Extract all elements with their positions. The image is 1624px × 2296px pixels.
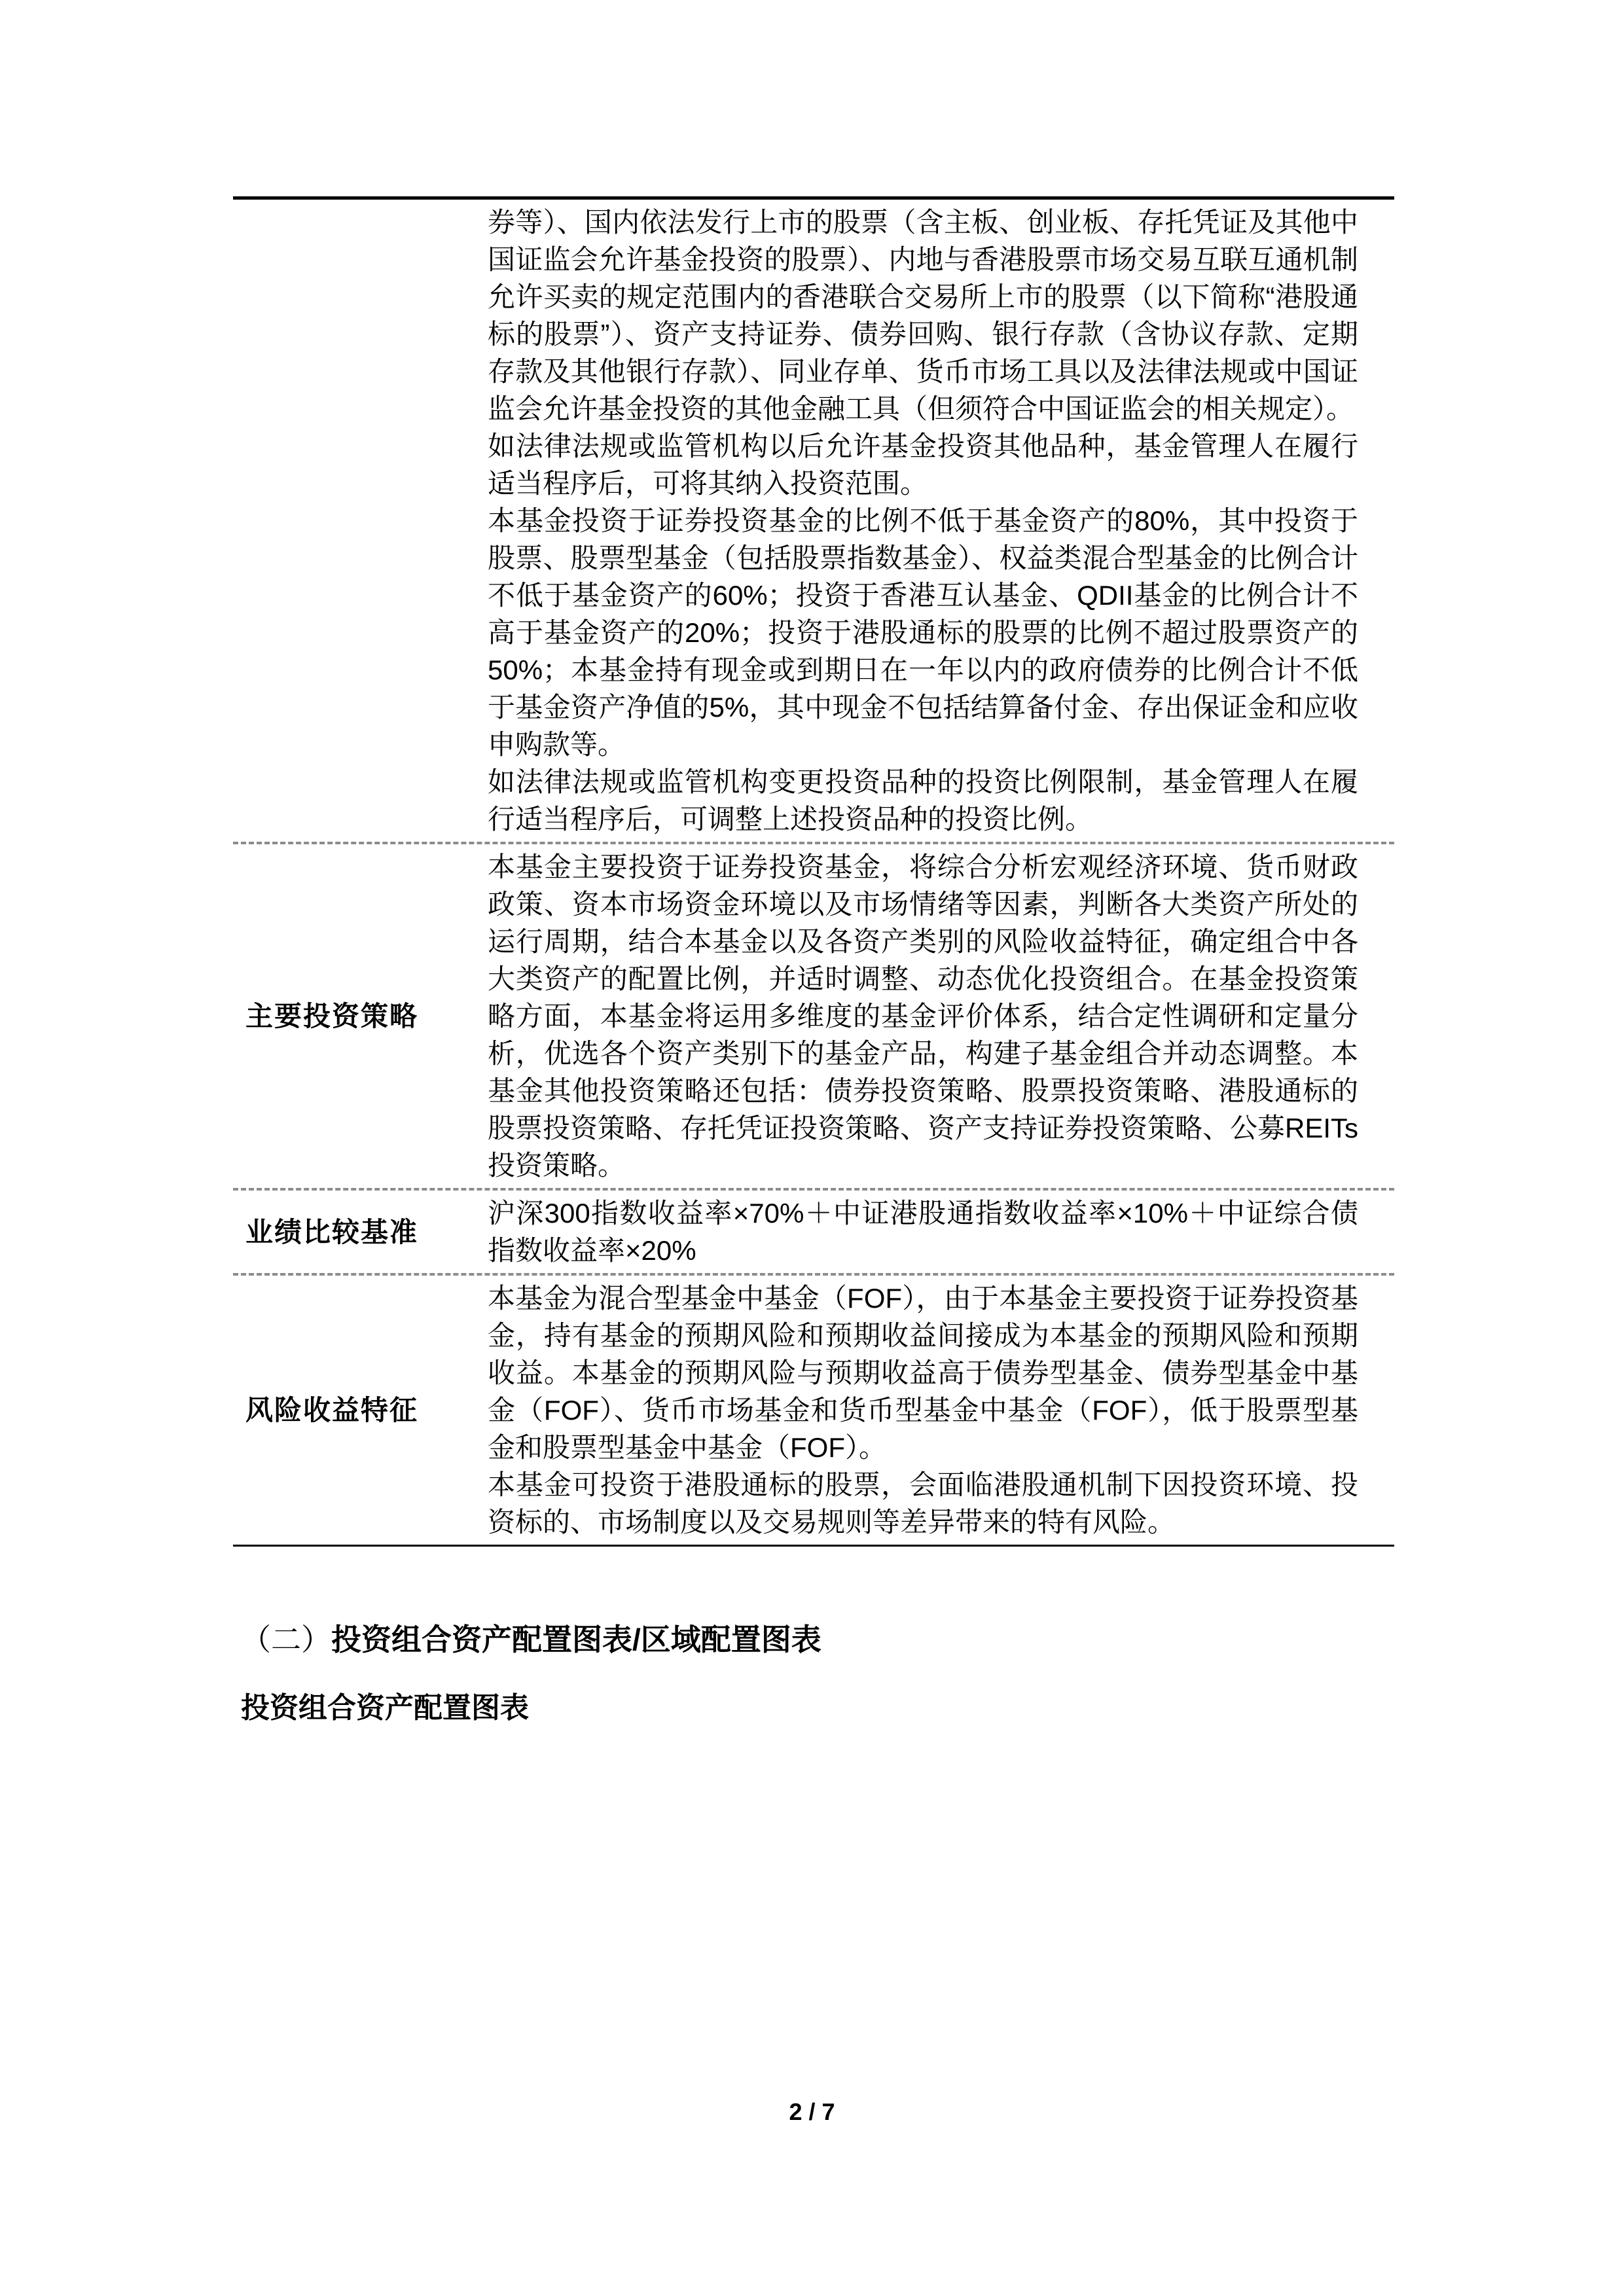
paragraph: 如法律法规或监管机构变更投资品种的投资比例限制，基金管理人在履行适当程序后，可调… <box>488 763 1358 838</box>
section-number: （二） <box>241 1623 331 1657</box>
fund-info-table: 券等）、国内依法发行上市的股票（含主板、创业板、存托凭证及其他中国证监会允许基金… <box>233 196 1394 1547</box>
paragraph: 本基金投资于证券投资基金的比例不低于基金资产的80%，其中投资于股票、股票型基金… <box>488 502 1358 763</box>
paragraph: 本基金为混合型基金中基金（FOF），由于本基金主要投资于证券投资基金，持有基金的… <box>488 1280 1358 1466</box>
row-content: 本基金主要投资于证券投资基金，将综合分析宏观经济环境、货币财政政策、资本市场资金… <box>478 848 1394 1184</box>
row-content: 本基金为混合型基金中基金（FOF），由于本基金主要投资于证券投资基金，持有基金的… <box>478 1280 1394 1541</box>
table-row-benchmark: 业绩比较基准 沪深300指数收益率×70%＋中证港股通指数收益率×10%＋中证综… <box>233 1191 1394 1276</box>
row-label: 主要投资策略 <box>233 848 478 1184</box>
row-label <box>233 204 478 838</box>
table-row-investment-scope: 券等）、国内依法发行上市的股票（含主板、创业板、存托凭证及其他中国证监会允许基金… <box>233 200 1394 844</box>
section-heading: （二）投资组合资产配置图表/区域配置图表 <box>241 1621 821 1659</box>
paragraph: 沪深300指数收益率×70%＋中证港股通指数收益率×10%＋中证综合债指数收益率… <box>488 1194 1358 1269</box>
document-page: 券等）、国内依法发行上市的股票（含主板、创业板、存托凭证及其他中国证监会允许基金… <box>0 0 1624 2296</box>
row-label: 业绩比较基准 <box>233 1194 478 1269</box>
subsection-heading: 投资组合资产配置图表 <box>241 1690 529 1727</box>
section-title: 投资组合资产配置图表/区域配置图表 <box>331 1623 821 1657</box>
row-label: 风险收益特征 <box>233 1280 478 1541</box>
row-content: 沪深300指数收益率×70%＋中证港股通指数收益率×10%＋中证综合债指数收益率… <box>478 1194 1394 1269</box>
row-content: 券等）、国内依法发行上市的股票（含主板、创业板、存托凭证及其他中国证监会允许基金… <box>478 204 1394 838</box>
table-row-risk-return: 风险收益特征 本基金为混合型基金中基金（FOF），由于本基金主要投资于证券投资基… <box>233 1276 1394 1545</box>
table-row-main-strategy: 主要投资策略 本基金主要投资于证券投资基金，将综合分析宏观经济环境、货币财政政策… <box>233 844 1394 1191</box>
paragraph: 本基金主要投资于证券投资基金，将综合分析宏观经济环境、货币财政政策、资本市场资金… <box>488 848 1358 1184</box>
paragraph: 券等）、国内依法发行上市的股票（含主板、创业板、存托凭证及其他中国证监会允许基金… <box>488 204 1358 427</box>
paragraph: 如法律法规或监管机构以后允许基金投资其他品种，基金管理人在履行适当程序后，可将其… <box>488 427 1358 502</box>
paragraph: 本基金可投资于港股通标的股票，会面临港股通机制下因投资环境、投资标的、市场制度以… <box>488 1466 1358 1541</box>
page-number: 2 / 7 <box>0 2098 1624 2126</box>
